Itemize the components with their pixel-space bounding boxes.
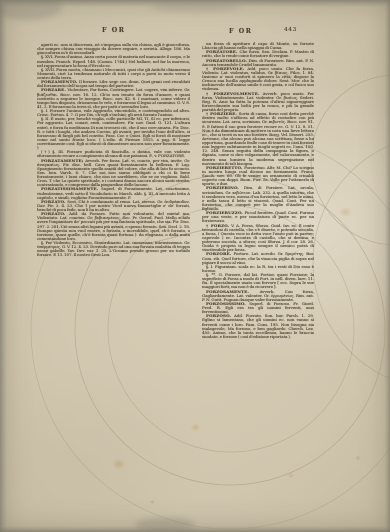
dictionary-entry: † FORZIERE. Sorta di cassa, forse così d… bbox=[202, 112, 314, 166]
dictionary-entry: FORZATAMENTE; Avverb. Per forza. Lat. vi… bbox=[37, 159, 190, 188]
entry-headword: FORZATORE. bbox=[206, 49, 239, 54]
paper-stain bbox=[339, 207, 352, 217]
entry-headword: FORZIERUZZO. bbox=[206, 210, 244, 215]
paper-stain bbox=[355, 455, 361, 461]
running-header-left: F OR bbox=[102, 27, 125, 34]
dictionary-entry: † FORZEVOLMENTE. Avverb. poco usato. Per… bbox=[202, 92, 314, 113]
dictionary-entry: FORZOSO. Add. Forzuto. Son. bur. Parch. … bbox=[202, 314, 314, 339]
entry-headword: FORZAMENTO. bbox=[41, 79, 79, 84]
entry-headword: † FORZEVOLMENTE. bbox=[206, 91, 263, 96]
dictionary-entry: FORZIERETTO. Forzierino. Altr. M. Chi? L… bbox=[202, 166, 314, 187]
text-column-right: un forza di aprittare il capo di Monte, … bbox=[202, 42, 314, 428]
paper-edge-left bbox=[0, 0, 7, 532]
dictionary-entry: FORZARE. Violentare, Far forza, Costring… bbox=[37, 88, 190, 109]
paper-stain bbox=[112, 458, 126, 470]
scanned-dictionary-page: F OR F OR 443 aperti ec. non si discerne… bbox=[0, 0, 390, 532]
dictionary-entry: FORZIERINO. Dim. di Forziere. Lat. arcul… bbox=[202, 186, 314, 211]
text-column-left: aperti ec. non si discernea, nè s'impegn… bbox=[37, 43, 190, 439]
entry-headword: FORZIERETTO. bbox=[206, 165, 244, 170]
plate-mark-circle bbox=[311, 75, 390, 245]
running-header-right: F OR bbox=[229, 28, 252, 35]
entry-headword: FORZATAMENTE; bbox=[41, 158, 85, 163]
paper-stain bbox=[190, 423, 201, 432]
page-number: 443 bbox=[284, 27, 297, 33]
paper-stain bbox=[150, 500, 155, 504]
entry-headword: FORZATO. bbox=[41, 211, 69, 216]
plate-mark-circle bbox=[313, 135, 390, 389]
dictionary-entry: † FORZEVOLE. Add. poco usato. Che fa for… bbox=[202, 67, 314, 92]
paper-edge-bottom bbox=[0, 526, 390, 532]
dictionary-entry: FORZORE. Fortore. Lat. acredo. Gr. δριμύ… bbox=[202, 252, 314, 264]
entry-headword: FORZATISSIMAMENTE. bbox=[41, 186, 101, 191]
dictionary-entry: FORZATO. Add. da Forzare. Fatto non volo… bbox=[37, 212, 190, 241]
entry-headword: FORZARE. bbox=[41, 87, 67, 92]
entry-headword: † FORZO. bbox=[206, 223, 231, 228]
paper-edge-right bbox=[385, 0, 390, 532]
dictionary-entry: † FORZO. V. A. Forza, Sforzo. Guid. Iav.… bbox=[202, 224, 314, 253]
entry-headword: † FORZIERE. bbox=[206, 111, 239, 116]
entry-headword: FORZORE. bbox=[206, 251, 234, 256]
dictionary-entry: §. II. È usato, per, benchè voglia, coll… bbox=[37, 117, 190, 150]
entry-headword: FORZOSISSIMO. bbox=[206, 301, 249, 306]
entry-headword: FORZATORELLO. bbox=[206, 58, 249, 63]
entry-headword: FORZOSO. bbox=[206, 313, 234, 318]
entry-headword: † FORZEVOLE. bbox=[206, 66, 247, 71]
paper-edge-top bbox=[0, 0, 390, 7]
dictionary-entry: §. Per Violento, Eccessivo, Straordinari… bbox=[37, 241, 190, 258]
paper-stain bbox=[287, 472, 295, 479]
dictionary-entry: §. XVI. Forza d'animo. Ansa certa posse … bbox=[37, 55, 190, 67]
dictionary-entry: §. **. G. Forzore, dal lat. Fortior, qua… bbox=[202, 273, 314, 290]
entry-headword: FORZOSAMENTE. bbox=[206, 289, 260, 294]
entry-headword: FORZIERINO. bbox=[206, 185, 244, 190]
entry-headword: FORZATO. bbox=[41, 199, 67, 204]
